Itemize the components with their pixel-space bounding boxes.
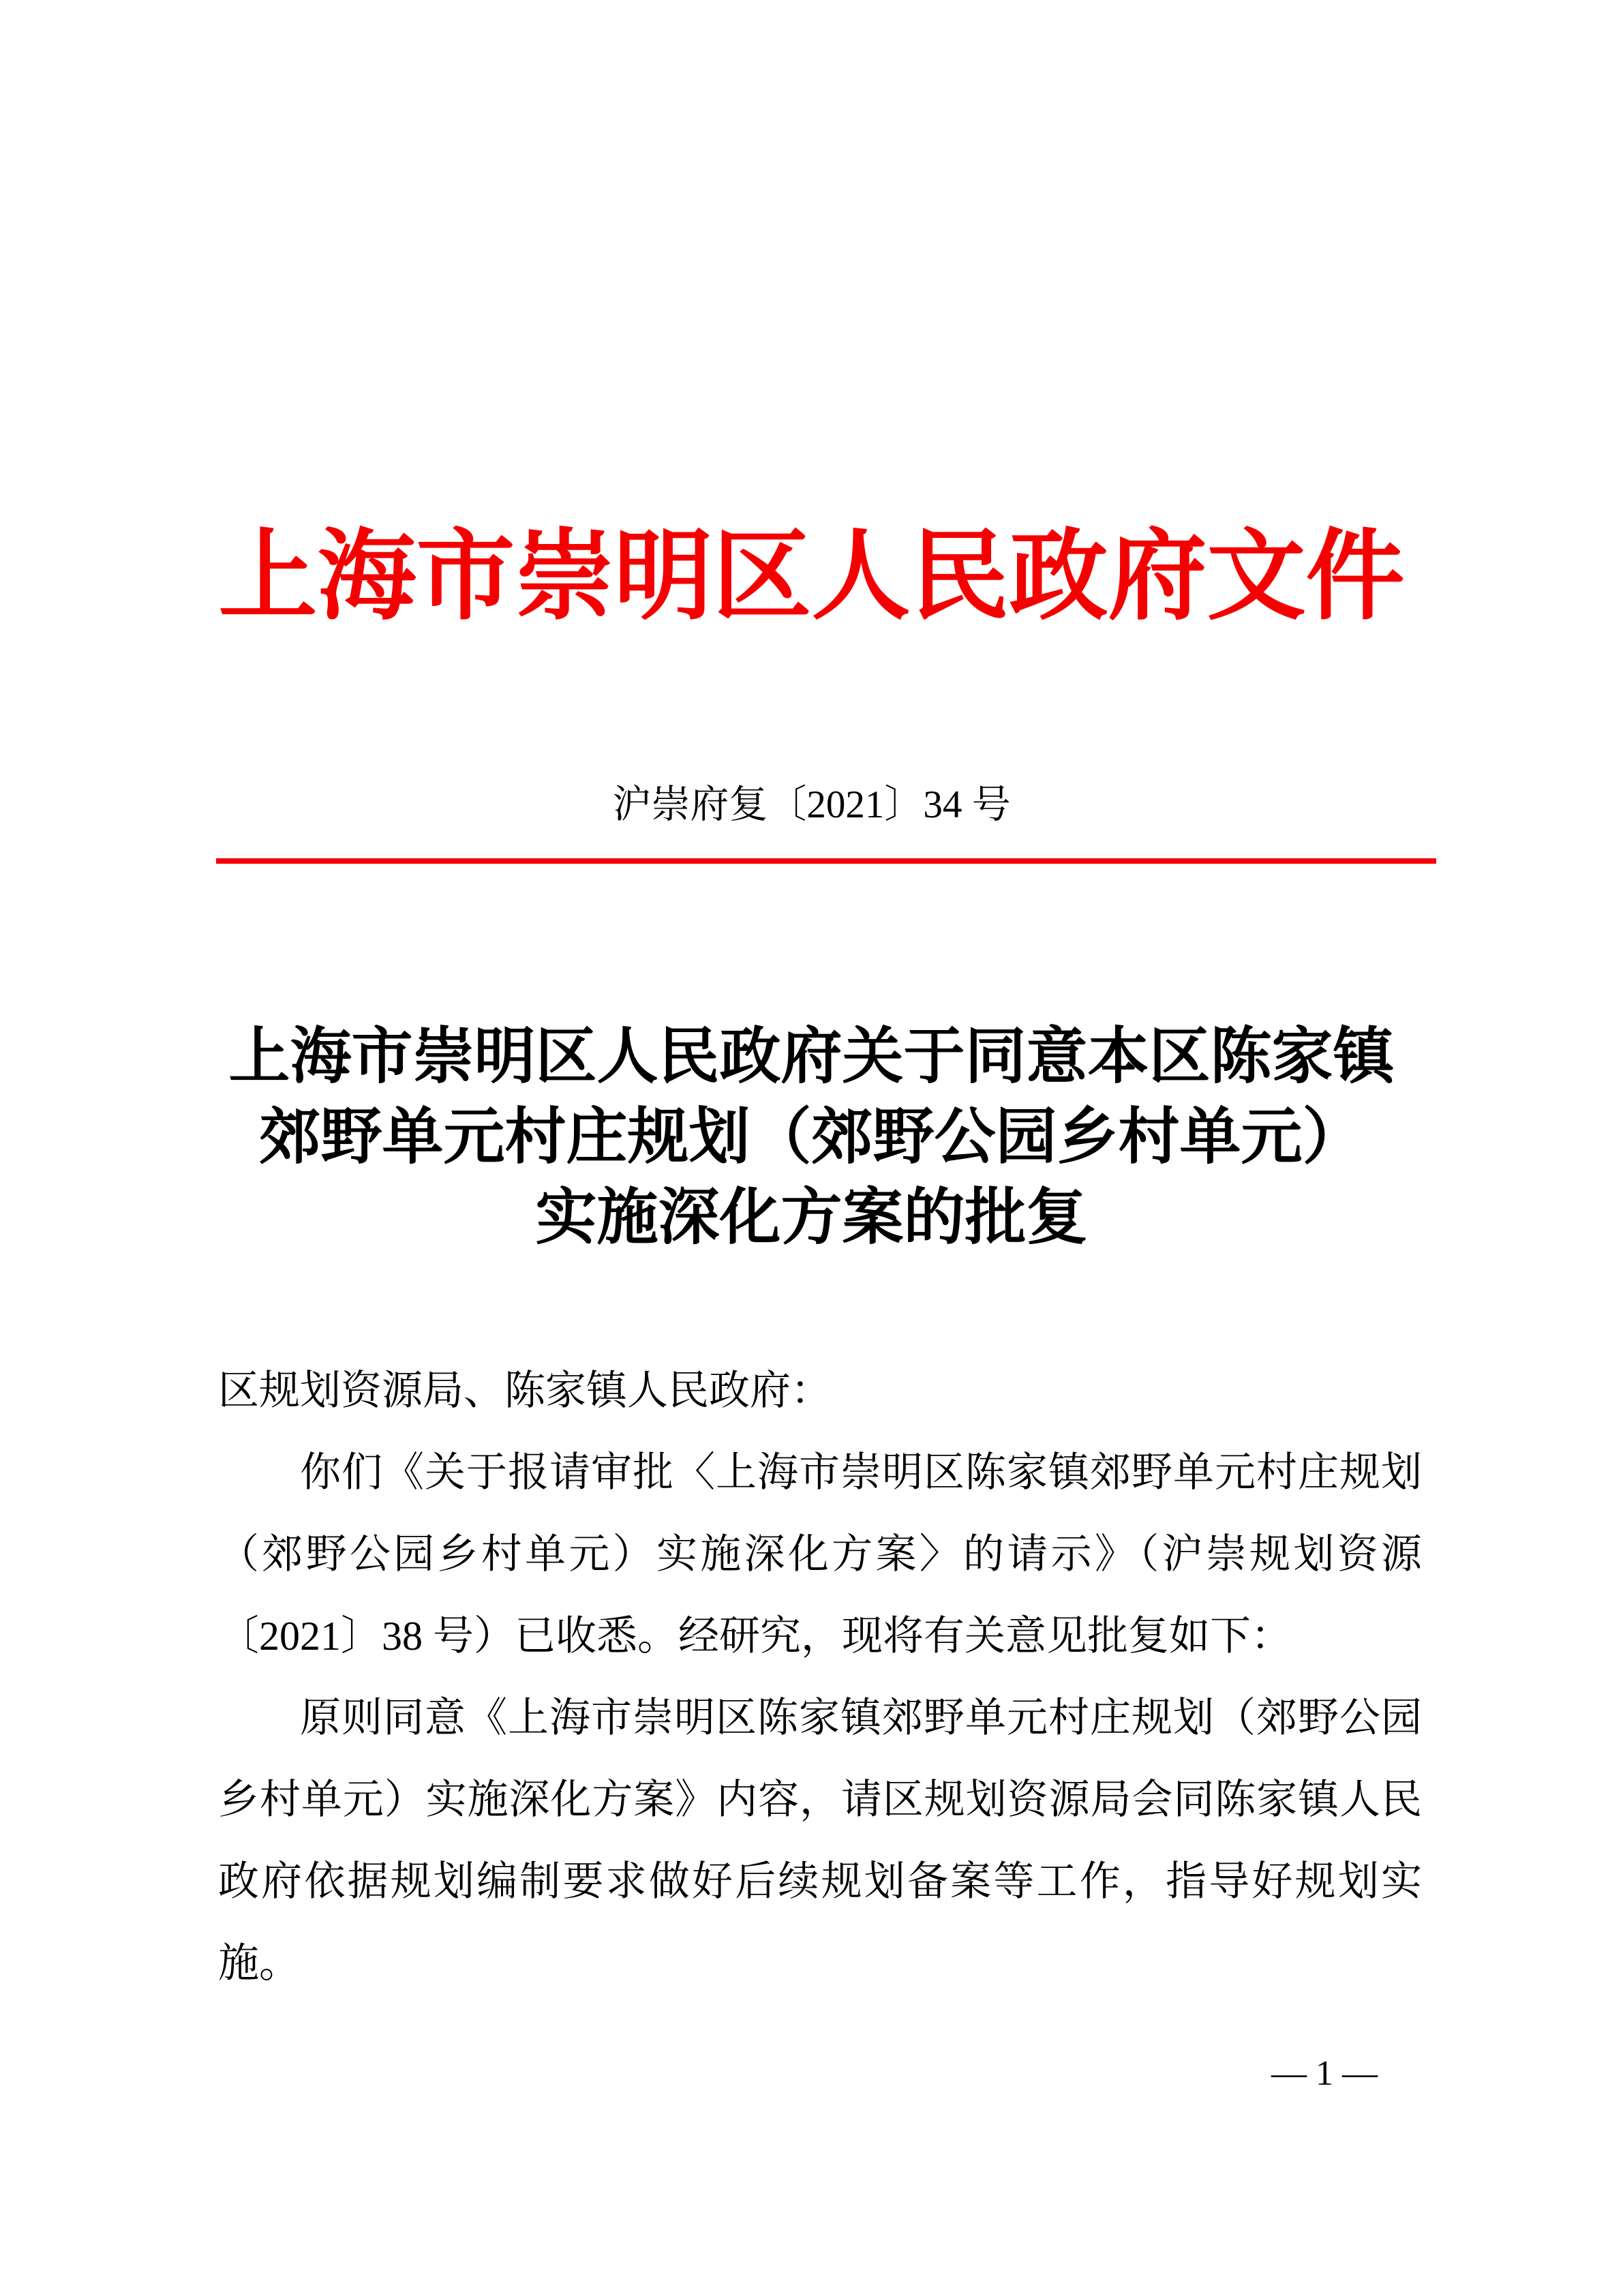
red-letterhead-title: 上海市崇明区人民政府文件 (0, 525, 1623, 631)
document-body: 区规划资源局、陈家镇人民政府： 你们《关于报请审批〈上海市崇明区陈家镇郊野单元村… (218, 1350, 1422, 2004)
body-paragraph-1: 你们《关于报请审批〈上海市崇明区陈家镇郊野单元村庄规划（郊野公园乡村单元）实施深… (218, 1432, 1422, 1677)
official-document-page: 上海市崇明区人民政府文件 沪崇府复〔2021〕34 号 上海市崇明区人民政府关于… (0, 0, 1623, 2296)
salutation-line: 区规划资源局、陈家镇人民政府： (218, 1350, 1422, 1432)
body-paragraph-2: 原则同意《上海市崇明区陈家镇郊野单元村庄规划（郊野公园乡村单元）实施深化方案》内… (218, 1677, 1422, 2004)
document-title-line-3: 实施深化方案的批复 (0, 1178, 1623, 1258)
document-title-line-1: 上海市崇明区人民政府关于同意本区陈家镇 (0, 1017, 1623, 1098)
page-number: — 1 — (1271, 2053, 1378, 2094)
document-title: 上海市崇明区人民政府关于同意本区陈家镇 郊野单元村庄规划（郊野公园乡村单元） 实… (0, 1017, 1623, 1258)
red-separator-line (216, 858, 1436, 864)
document-title-line-2: 郊野单元村庄规划（郊野公园乡村单元） (0, 1098, 1623, 1178)
document-reference-number: 沪崇府复〔2021〕34 号 (0, 781, 1623, 829)
